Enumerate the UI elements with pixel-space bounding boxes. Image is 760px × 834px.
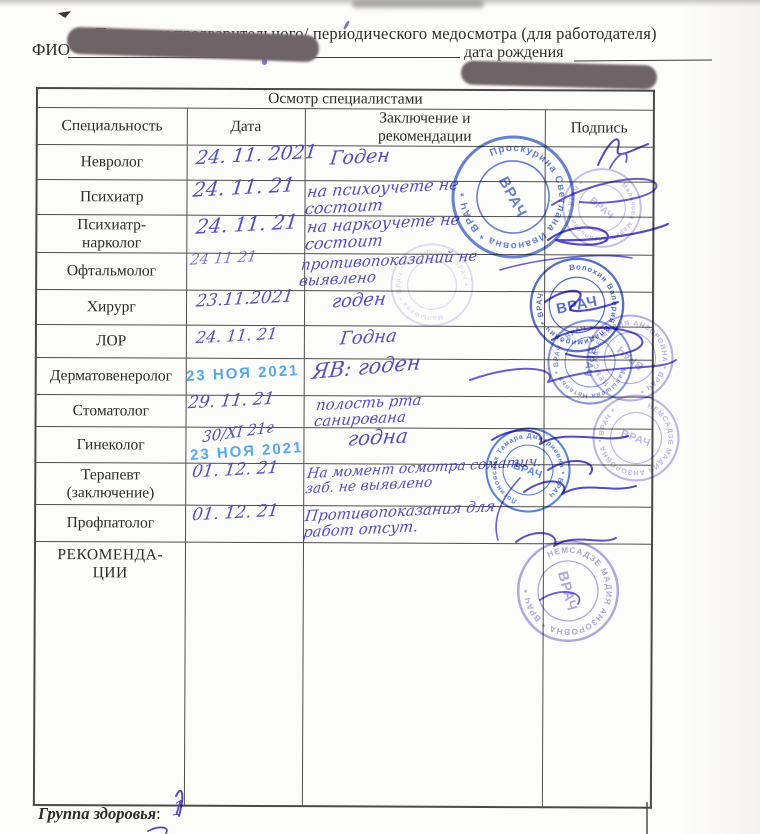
scanned-medical-form: По итогам предварительного/ периодическо…	[0, 0, 760, 834]
stamp-center-text: ВРАЧ	[587, 195, 616, 222]
stamp-center-text: ВРАЧ	[615, 343, 646, 372]
svg-text:Малышева * ВРАЧ * Малышева * В: Малышева * ВРАЧ * Малышева * ВРАЧ *	[386, 239, 479, 332]
health-group-line: Группа здоровья:	[38, 804, 161, 824]
health-group-label: Группа здоровья	[38, 804, 156, 823]
health-group-colon: :	[156, 804, 161, 823]
stamp-center-text: ВРАЧ	[512, 461, 544, 482]
stamp-center-text: ВРАЧ	[555, 569, 581, 612]
stamp-center-text: ВРАЧ	[619, 428, 652, 450]
stamp-ring-text: Малышева * ВРАЧ * Малышева * ВРАЧ *	[386, 239, 479, 332]
stamp-center-text: ВРАЧ	[495, 174, 531, 221]
